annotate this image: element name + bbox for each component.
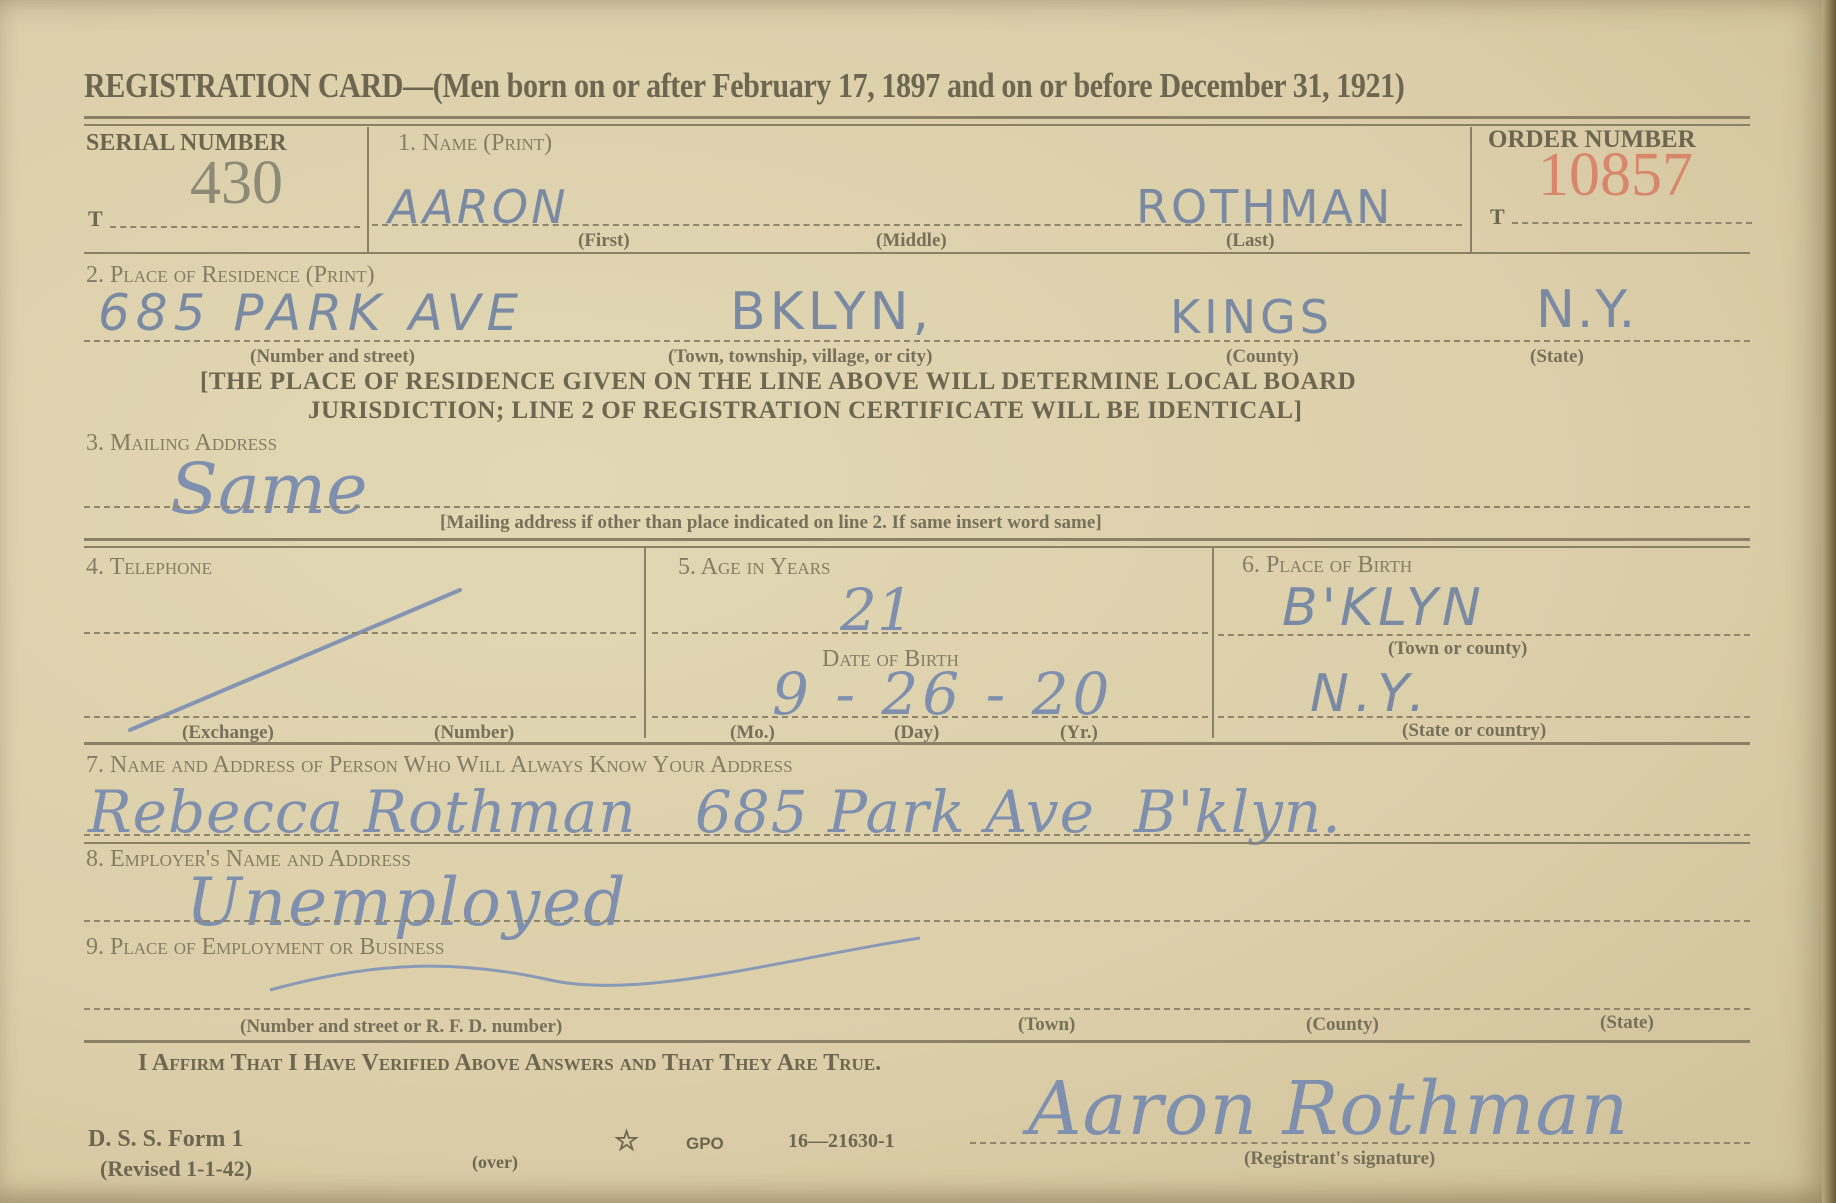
signature-line	[970, 1142, 1750, 1144]
birthplace-state-line	[1218, 716, 1750, 718]
affirmation-text: I Affirm That I Have Verified Above Answ…	[138, 1050, 881, 1077]
birthplace-town-line	[1218, 634, 1750, 636]
name-label: 1. Name (Print)	[398, 130, 552, 157]
card-edge	[1822, 0, 1836, 1203]
order-number-value: 10857	[1538, 140, 1693, 211]
registration-card: REGISTRATION CARD—(Men born on or after …	[0, 0, 1836, 1203]
last-caption: (Last)	[1226, 230, 1275, 252]
employment-street-caption: (Number and street or R. F. D. number)	[240, 1016, 562, 1038]
dob-line	[652, 716, 1208, 718]
section-rule-4	[84, 842, 1750, 844]
employer-line	[84, 920, 1750, 922]
age-line	[652, 632, 1208, 634]
employment-dash-mark	[260, 930, 940, 1000]
number-caption: (Number)	[434, 722, 514, 744]
age-label: 5. Age in Years	[678, 554, 831, 581]
form-revised: (Revised 1-1-42)	[100, 1156, 252, 1182]
section-rule-5	[84, 1040, 1750, 1043]
mailing-caption: [Mailing address if other than place ind…	[440, 512, 1102, 534]
employment-town-caption: (Town)	[1018, 1014, 1075, 1036]
name-line	[372, 224, 1462, 226]
form-title: REGISTRATION CARD—(Men born on or after …	[84, 66, 1404, 106]
employment-county-caption: (County)	[1306, 1014, 1379, 1036]
street-caption: (Number and street)	[250, 346, 415, 368]
print-code: 16—21630-1	[788, 1130, 895, 1153]
birthplace-town-value: B'KLYN	[1282, 578, 1485, 638]
telephone-line-1	[84, 632, 636, 634]
title-rule	[84, 116, 1750, 119]
county-caption: (County)	[1226, 346, 1299, 368]
mo-caption: (Mo.)	[730, 722, 775, 744]
serial-line	[110, 226, 360, 228]
contact-line	[84, 834, 1750, 836]
order-line	[1512, 222, 1752, 224]
mailing-line	[84, 506, 1750, 508]
contact-label: 7. Name and Address of Person Who Will A…	[86, 752, 793, 779]
over-note: (over)	[472, 1152, 518, 1173]
order-prefix: T	[1490, 204, 1505, 230]
town-caption: (Town, township, village, or city)	[668, 346, 932, 368]
form-id: D. S. S. Form 1	[88, 1126, 243, 1153]
birthplace-state-value: N.Y.	[1310, 664, 1431, 724]
day-caption: (Day)	[894, 722, 939, 744]
birthplace-state-caption: (State or country)	[1402, 720, 1546, 742]
order-divider	[1470, 127, 1472, 252]
employment-line	[84, 1008, 1750, 1010]
age-birth-divider	[1212, 548, 1214, 738]
exchange-caption: (Exchange)	[182, 722, 274, 744]
employment-state-caption: (State)	[1600, 1012, 1654, 1034]
residence-notice-1: [THE PLACE OF RESIDENCE GIVEN ON THE LIN…	[200, 368, 1356, 396]
residence-line	[84, 340, 1750, 342]
section-rule-2	[84, 538, 1750, 541]
signature-value: Aaron Rothman	[1028, 1066, 1629, 1152]
birthplace-label: 6. Place of Birth	[1242, 552, 1412, 579]
telephone-line-2	[84, 716, 636, 718]
signature-caption: (Registrant's signature)	[1244, 1148, 1435, 1170]
middle-caption: (Middle)	[876, 230, 947, 252]
serial-divider	[367, 127, 369, 252]
telephone-label: 4. Telephone	[86, 554, 212, 581]
section-rule-3	[84, 742, 1750, 745]
residence-state-value: N.Y.	[1536, 280, 1637, 340]
residence-town-value: BKLYN,	[730, 282, 933, 342]
birthplace-town-caption: (Town or county)	[1388, 638, 1527, 660]
section-rule-2b	[84, 546, 1750, 548]
serial-number-value: 430	[190, 148, 283, 219]
star-icon: ☆	[614, 1124, 639, 1158]
state-caption: (State)	[1530, 346, 1584, 368]
residence-notice-2: JURISDICTION; LINE 2 OF REGISTRATION CER…	[308, 397, 1302, 425]
mailing-address-value: Same	[170, 448, 368, 530]
tel-age-divider	[644, 548, 646, 738]
gpo-mark: GPO	[686, 1134, 724, 1154]
serial-prefix: T	[88, 206, 103, 232]
first-caption: (First)	[578, 230, 630, 252]
residence-county-value: KINGS	[1170, 290, 1333, 344]
yr-caption: (Yr.)	[1060, 722, 1098, 744]
residence-street-value: 685 PARK AVE	[98, 284, 524, 342]
section-rule-1	[84, 252, 1750, 254]
